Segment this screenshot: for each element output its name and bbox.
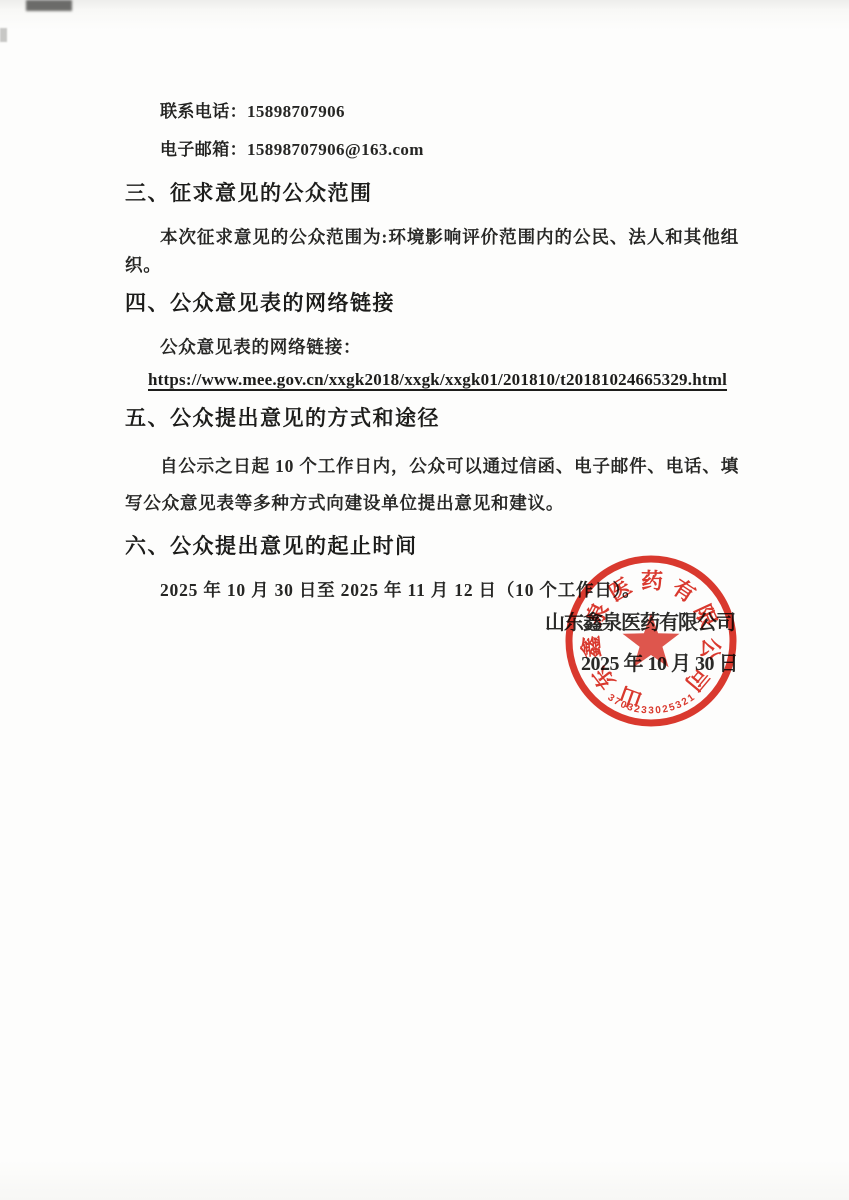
document-page: 联系电话：15898707906 电子邮箱：15898707906@163.co… [0, 0, 849, 1200]
document-body: 联系电话：15898707906 电子邮箱：15898707906@163.co… [125, 93, 739, 615]
stamp-ring-char: 医 [604, 573, 636, 606]
email-value: 15898707906@163.com [247, 140, 424, 159]
stamp-serial-digit: 3 [641, 705, 648, 717]
scan-artifact-top [26, 0, 72, 11]
phone-value: 15898707906 [247, 102, 345, 121]
section-3-body: 本次征求意见的公众范围为:环境影响评价范围内的公民、法人和其他组织。 [125, 223, 739, 279]
stamp-ring-char: 公 [697, 636, 725, 662]
section-4-body: 公众意见表的网络链接： [125, 333, 739, 361]
phone-label: 联系电话： [160, 102, 247, 121]
email-label: 电子邮箱： [160, 140, 247, 159]
public-comment-form-link[interactable]: https://www.mee.gov.cn/xxgk2018/xxgk/xxg… [148, 370, 727, 389]
contact-phone-line: 联系电话：15898707906 [125, 93, 739, 131]
stamp-ring-char: 鑫 [578, 635, 605, 659]
company-seal-stamp: 山东鑫泉医药有限公司 3703233025321 [552, 549, 750, 737]
seal-svg: 山东鑫泉医药有限公司 3703233025321 [552, 549, 750, 737]
stamp-ring-char: 有 [668, 574, 700, 607]
stamp-serial-digit: 3 [648, 706, 654, 717]
scan-artifact-left [0, 28, 7, 42]
section-4-heading: 四、公众意见表的网络链接 [125, 290, 739, 318]
contact-email-line: 电子邮箱：15898707906@163.com [125, 131, 739, 169]
section-4-link-line: https://www.mee.gov.cn/xxgk2018/xxgk/xxg… [125, 368, 739, 393]
section-3-heading: 三、征求意见的公众范围 [125, 180, 739, 208]
section-5-heading: 五、公众提出意见的方式和途径 [125, 405, 739, 433]
stamp-ring-char: 药 [641, 568, 663, 593]
stamp-ring-char: 泉 [581, 599, 613, 630]
stamp-ring-char: 限 [690, 601, 722, 631]
stamp-ring-char: 司 [680, 663, 713, 696]
section-5-body: 自公示之日起 10 个工作日内，公众可以通过信函、电子邮件、电话、填写公众意见表… [125, 448, 739, 522]
stamp-ring-char: 东 [587, 661, 620, 694]
seal-star-icon [623, 613, 680, 667]
